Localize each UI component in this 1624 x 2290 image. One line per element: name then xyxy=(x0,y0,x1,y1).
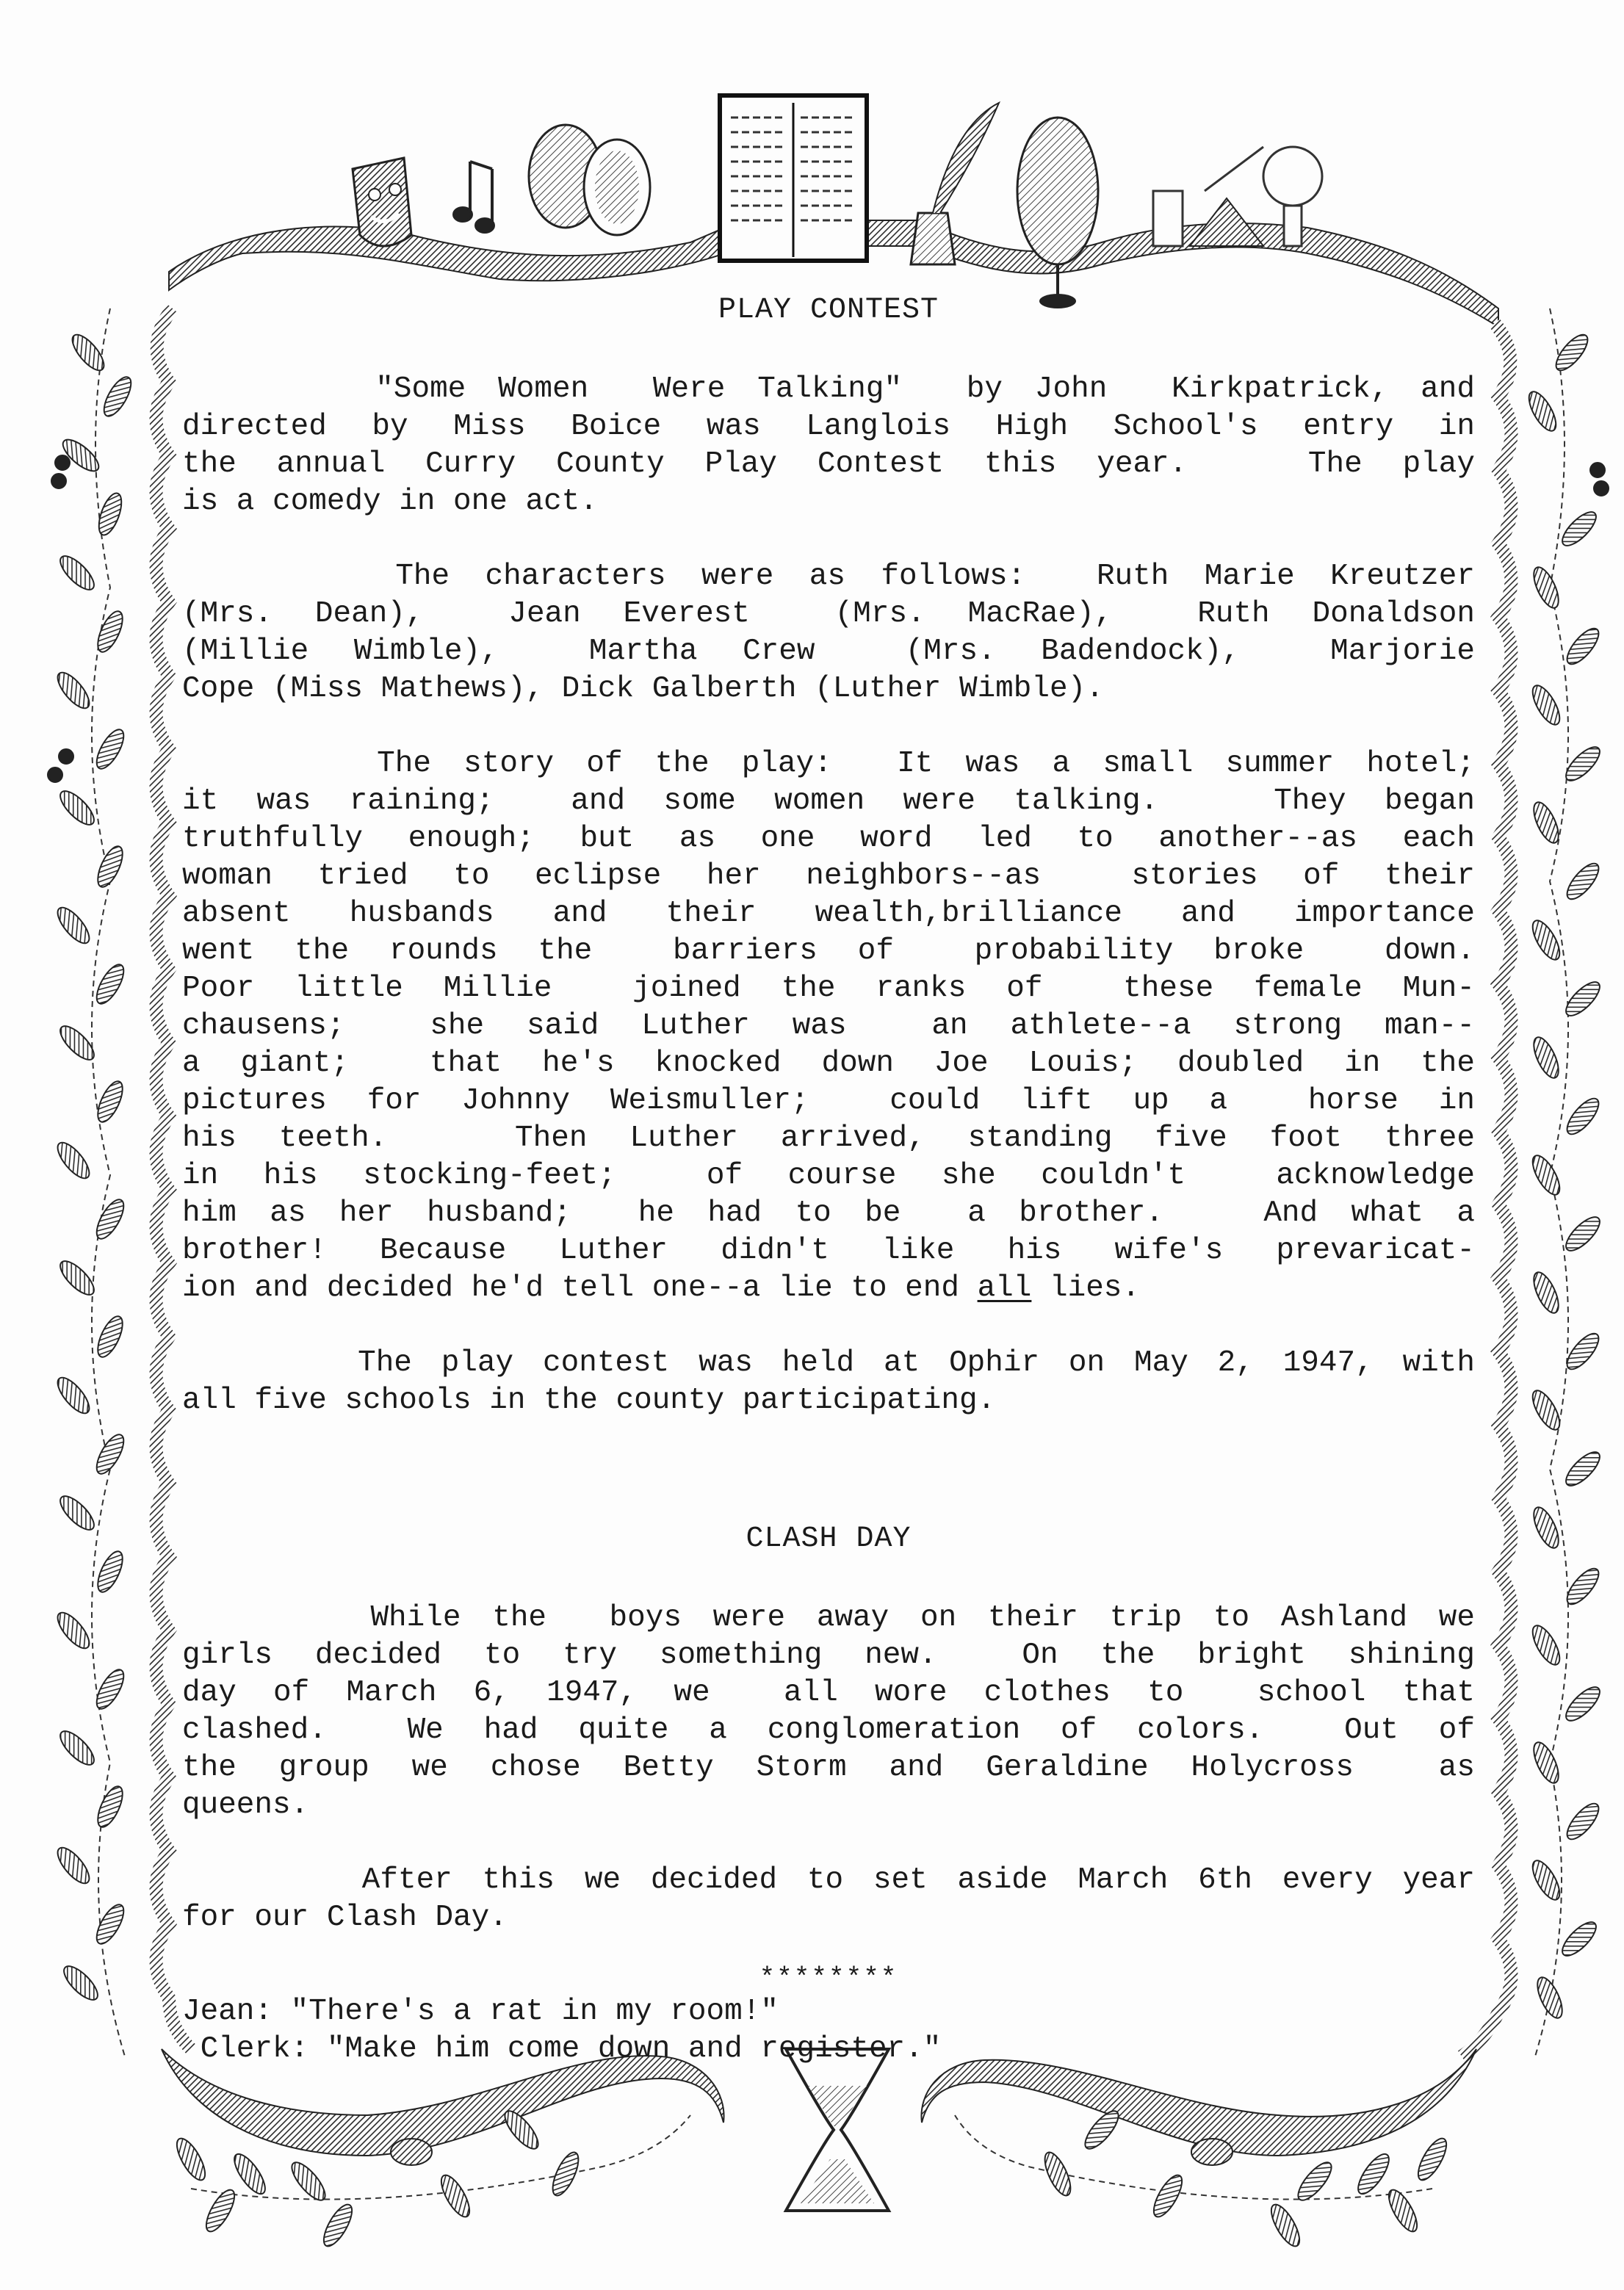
text-line: him as her husband; he had to be a broth… xyxy=(182,1195,1475,1232)
text-line: his teeth. Then Luther arrived, standing… xyxy=(182,1120,1475,1157)
text-line: directed by Miss Boice was Langlois High… xyxy=(182,408,1475,446)
text-line: the annual Curry County Play Contest thi… xyxy=(182,446,1475,483)
text-line: Cope (Miss Mathews), Dick Galberth (Luth… xyxy=(182,671,1475,708)
text-line: pictures for Johnny Weismuller; could li… xyxy=(182,1083,1475,1120)
text-line: the group we chose Betty Storm and Geral… xyxy=(182,1749,1475,1787)
text-line: The story of the play: It was a small su… xyxy=(182,745,1475,783)
underlined-word: all xyxy=(978,1271,1032,1305)
section-title-clash-day: CLASH DAY xyxy=(182,1523,1475,1556)
theater-mask-icon xyxy=(353,158,411,246)
text-line: absent husbands and their wealth,brillia… xyxy=(182,895,1475,933)
joke-line-clerk: Clerk: "Make him come down and register.… xyxy=(182,2031,1475,2068)
text-line: The characters were as follows: Ruth Mar… xyxy=(182,558,1475,596)
hourglass-icon xyxy=(786,2049,889,2211)
text-line: While the boys were away on their trip t… xyxy=(182,1600,1475,1637)
paragraph-story: The story of the play: It was a small su… xyxy=(182,745,1475,1307)
leafy-vine-icon xyxy=(1524,308,1609,2056)
asterisk-separator: ******** xyxy=(182,1963,1475,1993)
text-line: a giant; that he's knocked down Joe Loui… xyxy=(182,1045,1475,1083)
text-line: "Some Women Were Talking" by John Kirkpa… xyxy=(182,371,1475,408)
paragraph-clash-day-tradition: After this we decided to set aside March… xyxy=(182,1862,1475,1937)
paragraph-contest-venue: The play contest was held at Ophir on Ma… xyxy=(182,1345,1475,1420)
leafy-vine-icon xyxy=(48,308,136,2056)
text-line: truthfully enough; but as one word led t… xyxy=(182,820,1475,858)
text-line: it was raining; and some women were talk… xyxy=(182,783,1475,820)
paragraph-clash-day: While the boys were away on their trip t… xyxy=(182,1600,1475,1824)
open-book-icon xyxy=(720,95,867,261)
text-line: clashed. We had quite a conglomeration o… xyxy=(182,1712,1475,1749)
text-line: (Mrs. Dean), Jean Everest (Mrs. MacRae),… xyxy=(182,596,1475,633)
text-line: Poor little Millie joined the ranks of t… xyxy=(182,970,1475,1008)
text-line: chausens; she said Luther was an athlete… xyxy=(182,1008,1475,1045)
text-line: After this we decided to set aside March… xyxy=(182,1862,1475,1899)
joke-line-jean: Jean: "There's a rat in my room!" xyxy=(182,1993,1475,2031)
lab-flask-icon xyxy=(1153,147,1322,246)
text-line: (Millie Wimble), Martha Crew (Mrs. Baden… xyxy=(182,633,1475,671)
text-line: went the rounds the barriers of probabil… xyxy=(182,933,1475,970)
page-content: PLAY CONTEST "Some Women Were Talking" b… xyxy=(182,294,1475,2068)
text-line: woman tried to eclipse her neighbors--as… xyxy=(182,858,1475,895)
paragraph-play-intro: "Some Women Were Talking" by John Kirkpa… xyxy=(182,371,1475,521)
yearbook-page: PLAY CONTEST "Some Women Were Talking" b… xyxy=(0,0,1624,2290)
paragraph-characters: The characters were as follows: Ruth Mar… xyxy=(182,558,1475,708)
text-line: The play contest was held at Ophir on Ma… xyxy=(182,1345,1475,1382)
artist-palette-icon xyxy=(529,125,650,235)
text-line: queens. xyxy=(182,1787,1475,1824)
text-line: in his stocking-feet; of course she coul… xyxy=(182,1157,1475,1195)
text-line: is a comedy in one act. xyxy=(182,483,1475,521)
text-line: all five schools in the county participa… xyxy=(182,1382,1475,1420)
section-title-play-contest: PLAY CONTEST xyxy=(182,294,1475,327)
text-line-underlined: ion and decided he'd tell one--a lie to … xyxy=(182,1270,1475,1307)
globe-icon xyxy=(1017,118,1098,308)
text-line: brother! Because Luther didn't like his … xyxy=(182,1232,1475,1270)
text-line: girls decided to try something new. On t… xyxy=(182,1637,1475,1675)
music-notes-icon xyxy=(454,162,494,232)
text-line: day of March 6, 1947, we all wore clothe… xyxy=(182,1675,1475,1712)
text-line: for our Clash Day. xyxy=(182,1899,1475,1937)
